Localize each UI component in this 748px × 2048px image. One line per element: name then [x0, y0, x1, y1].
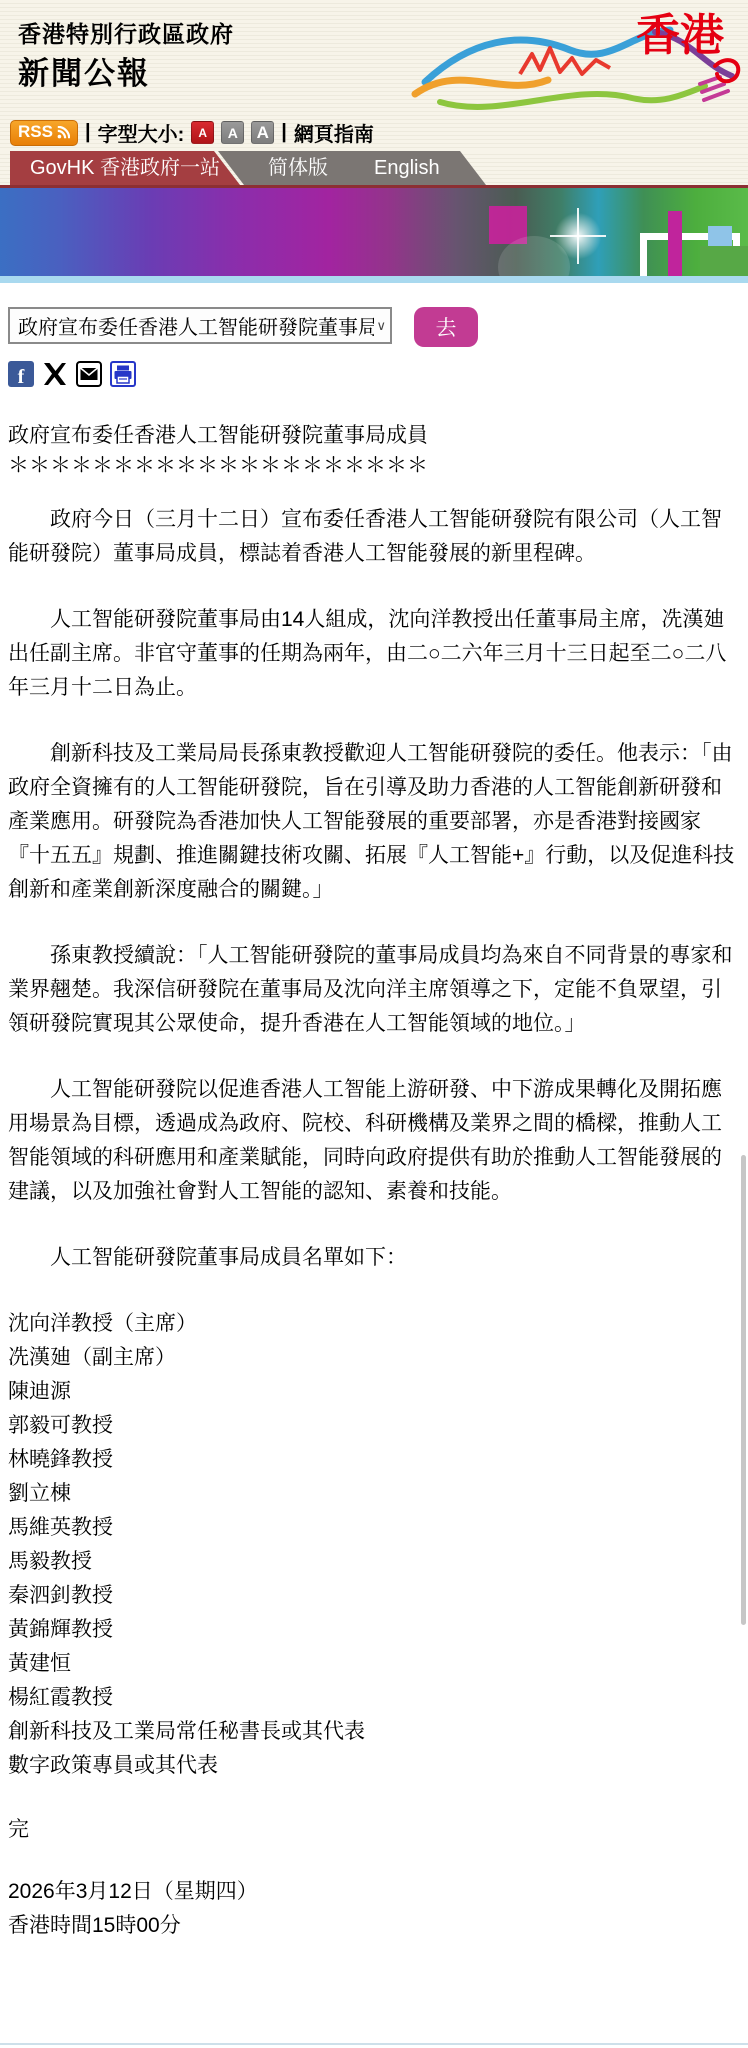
- separator: |: [85, 121, 91, 144]
- board-member: 秦泗釗教授: [8, 1579, 740, 1613]
- board-member: 馬毅教授: [8, 1545, 740, 1579]
- separator: |: [281, 121, 287, 144]
- board-member: 黃建恒: [8, 1647, 740, 1681]
- end-mark: 完: [8, 1813, 740, 1847]
- scrollbar-thumb[interactable]: [741, 1155, 746, 1625]
- article-paragraphs: 政府今日（三月十二日）宣布委任香港人工智能研發院有限公司（人工智能研發院）董事局…: [8, 503, 740, 1275]
- footer-divider: [0, 2043, 748, 2045]
- masthead: 香港特別行政區政府 新聞公報 香港 RSS | 字型大小: A A A |: [0, 0, 748, 151]
- board-member: 沈向洋教授（主席）: [8, 1307, 740, 1341]
- release-selector-row: 政府宣布委任香港人工智能研發院董事局成員 ∨ 去: [8, 307, 740, 347]
- government-title: 香港特別行政區政府: [18, 16, 234, 49]
- board-member: 數字政策專員或其代表: [8, 1749, 740, 1783]
- board-member: 創新科技及工業局常任秘書長或其代表: [8, 1715, 740, 1749]
- tab-english[interactable]: English: [374, 151, 440, 185]
- article-title: 政府宣布委任香港人工智能研發院董事局成員: [8, 421, 740, 451]
- release-select-value: 政府宣布委任香港人工智能研發院董事局成員: [18, 311, 374, 340]
- article-paragraph: 孫東教授續說：「人工智能研發院的董事局成員均為來自不同背景的專家和業界翹楚。我深…: [8, 939, 740, 1041]
- release-datetime: 2026年3月12日（星期四） 香港時間15時00分: [8, 1875, 740, 1943]
- svg-text:f: f: [18, 366, 25, 387]
- go-button[interactable]: 去: [414, 307, 478, 347]
- board-member: 陳迪源: [8, 1375, 740, 1409]
- svg-text:香港: 香港: [636, 11, 724, 60]
- font-size-small-button[interactable]: A: [191, 121, 214, 144]
- release-time: 香港時間15時00分: [8, 1909, 740, 1943]
- release-select[interactable]: 政府宣布委任香港人工智能研發院董事局成員 ∨: [8, 307, 392, 344]
- banner-sparkle: [548, 206, 608, 266]
- rss-label: RSS: [18, 122, 53, 142]
- font-size-label: 字型大小:: [98, 118, 185, 147]
- board-member: 黃錦輝教授: [8, 1613, 740, 1647]
- main-content: 政府宣布委任香港人工智能研發院董事局成員 ∨ 去 f: [0, 283, 748, 1943]
- release-date: 2026年3月12日（星期四）: [8, 1875, 740, 1909]
- board-member: 冼漢廸（副主席）: [8, 1341, 740, 1375]
- x-share-icon[interactable]: [42, 361, 68, 387]
- brand-ribbon-icon: 香港: [370, 2, 748, 110]
- decorative-banner: [0, 188, 748, 276]
- font-size-medium-button[interactable]: A: [221, 121, 244, 144]
- article-paragraph: 人工智能研發院董事局由14人組成，沈向洋教授出任董事局主席，冼漢廸出任副主席。非…: [8, 603, 740, 705]
- board-member: 林曉鋒教授: [8, 1443, 740, 1477]
- email-share-icon[interactable]: [76, 361, 102, 387]
- tab-language-group: 简体版 English: [218, 151, 486, 185]
- page-title: 新聞公報: [18, 48, 150, 93]
- toolbar: RSS | 字型大小: A A A | 網頁指南: [10, 118, 374, 147]
- tab-govhk[interactable]: GovHK 香港政府一站通: [10, 151, 240, 185]
- article-paragraph: 政府今日（三月十二日）宣布委任香港人工智能研發院有限公司（人工智能研發院）董事局…: [8, 503, 740, 571]
- article-title-divider: ＊＊＊＊＊＊＊＊＊＊＊＊＊＊＊＊＊＊＊＊: [8, 451, 740, 481]
- board-members-list: 沈向洋教授（主席） 冼漢廸（副主席） 陳迪源 郭毅可教授 林曉鋒教授 劉立棟 馬…: [8, 1307, 740, 1783]
- article-paragraph: 創新科技及工業局局長孫東教授歡迎人工智能研發院的委任。他表示：「由政府全資擁有的…: [8, 737, 740, 907]
- board-member: 郭毅可教授: [8, 1409, 740, 1443]
- brand-hongkong-logo: 香港: [370, 2, 748, 115]
- board-member: 馬維英教授: [8, 1511, 740, 1545]
- board-member: 楊紅霞教授: [8, 1681, 740, 1715]
- banner-green-square: [700, 246, 748, 276]
- site-guide-link[interactable]: 網頁指南: [294, 118, 374, 147]
- rss-button[interactable]: RSS: [10, 120, 78, 146]
- chevron-down-icon: ∨: [374, 318, 386, 334]
- print-page-icon[interactable]: [110, 361, 136, 387]
- facebook-share-icon[interactable]: f: [8, 361, 34, 387]
- article-paragraph: 人工智能研發院以促進香港人工智能上游研發、中下游成果轉化及開拓應用場景為目標，透…: [8, 1073, 740, 1209]
- tab-simplified-chinese[interactable]: 简体版: [268, 151, 328, 185]
- article-paragraph: 人工智能研發院董事局成員名單如下：: [8, 1241, 740, 1275]
- board-member: 劉立棟: [8, 1477, 740, 1511]
- rss-feed-icon: [57, 126, 70, 139]
- banner-magenta-stripe: [668, 211, 682, 276]
- nav-tabbar: GovHK 香港政府一站通 简体版 English: [0, 151, 748, 188]
- font-size-large-button[interactable]: A: [251, 121, 274, 144]
- banner-cyan-square: [708, 226, 732, 246]
- share-row: f: [8, 361, 740, 387]
- banner-bottom-strip: [0, 276, 748, 283]
